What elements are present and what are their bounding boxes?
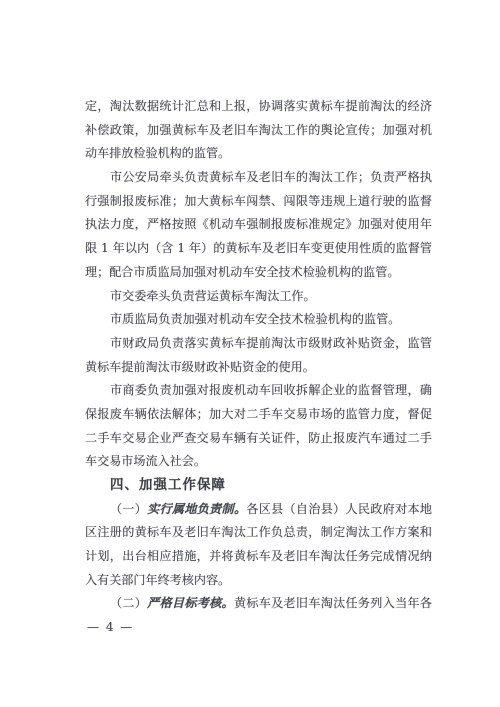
text-line: 限 1 年以内（含 1 年）的黄标车及老旧车变更使用性质的监督管 (85, 237, 432, 261)
text-line: （一）实行属地负责制。各区县（自治县）人民政府对本地 (85, 498, 432, 522)
item-title-emphasis: 严格目标考核。 (147, 596, 234, 610)
text-line: 行强制报废标准；加大黄标车闯禁、闯限等违规上道行驶的监督 (85, 190, 432, 214)
section-heading: 四、加强工作保障 (85, 474, 432, 498)
item-body-text: 黄标车及老旧车淘汰任务列入当年各 (234, 596, 432, 610)
text-line: 市公安局牵头负责黄标车及老旧车的淘汰工作；负责严格执 (85, 166, 432, 190)
text-line: 入有关部门年终考核内容。 (85, 569, 432, 593)
text-line: 定，淘汰数据统计汇总和上报，协调落实黄标车提前淘汰的经济 (85, 95, 432, 119)
text-line: 车交易市场流入社会。 (85, 450, 432, 474)
item-number: （一） (110, 502, 147, 516)
page-number: — 4 — (87, 617, 134, 637)
text-line: （二）严格目标考核。黄标车及老旧车淘汰任务列入当年各 (85, 592, 432, 616)
text-line: 区注册的黄标车及老旧车淘汰工作负总责，制定淘汰工作方案和 (85, 521, 432, 545)
text-line: 理；配合市质监局加强对机动车安全技术检验机构的监管。 (85, 261, 432, 285)
text-line: 动车排放检验机构的监管。 (85, 142, 432, 166)
text-line: 计划，出台相应措施，并将黄标车及老旧车淘汰任务完成情况纳 (85, 545, 432, 569)
text-line: 市商委负责加强对报废机动车回收拆解企业的监督管理，确 (85, 379, 432, 403)
item-body-text: 各区县（自治县）人民政府对本地 (246, 502, 432, 516)
text-line: 保报废车辆依法解体；加大对二手车交易市场的监管力度，督促 (85, 403, 432, 427)
text-line: 二手车交易企业严查交易车辆有关证件，防止报废汽车通过二手 (85, 427, 432, 451)
text-line: 市交委牵头负责营运黄标车淘汰工作。 (85, 285, 432, 309)
text-line: 执法力度，严格按照《机动车强制报废标准规定》加强对使用年 (85, 213, 432, 237)
text-line: 补偿政策，加强黄标车及老旧车淘汰工作的舆论宣传；加强对机 (85, 119, 432, 143)
text-line: 黄标车提前淘汰市级财政补贴资金的使用。 (85, 356, 432, 380)
item-title-emphasis: 实行属地负责制。 (147, 502, 246, 516)
document-page: 定，淘汰数据统计汇总和上报，协调落实黄标车提前淘汰的经济 补偿政策，加强黄标车及… (0, 0, 500, 707)
text-line: 市财政局负责落实黄标车提前淘汰市级财政补贴资金，监管 (85, 332, 432, 356)
text-line: 市质监局负责加强对机动车安全技术检验机构的监管。 (85, 308, 432, 332)
document-body: 定，淘汰数据统计汇总和上报，协调落实黄标车提前淘汰的经济 补偿政策，加强黄标车及… (85, 95, 432, 616)
item-number: （二） (110, 596, 147, 610)
